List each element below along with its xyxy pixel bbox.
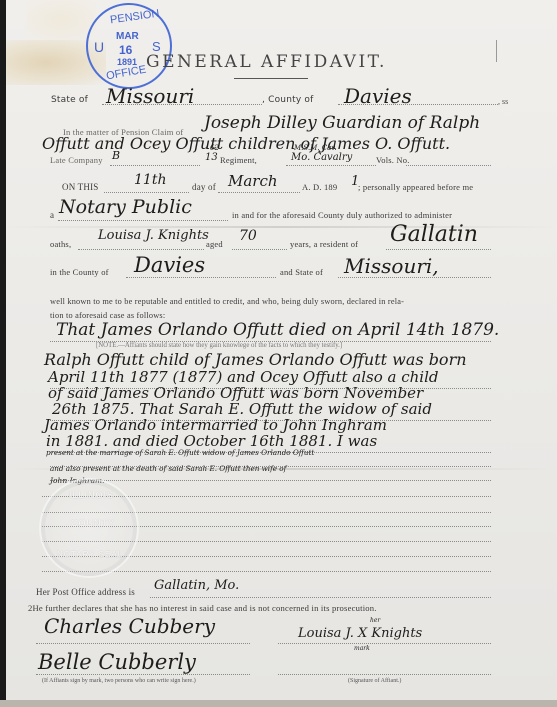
- regiment-value: Mo. Cavalry: [291, 152, 352, 163]
- aged-label: aged: [206, 239, 223, 249]
- seal-text-top: ILLINOIS: [69, 490, 114, 500]
- post-office-label: Her Post Office address is: [36, 587, 135, 597]
- resident-state-value: Missouri,: [344, 254, 439, 278]
- day-value: 11th: [134, 172, 166, 188]
- on-this-label: ON THIS: [62, 182, 99, 192]
- witness-signature-1: Charles Cubbery: [44, 614, 215, 638]
- statement-line: present at the marriage of Sarah E. Offu…: [46, 448, 314, 457]
- authority-text: in and for the aforesaid County duly aut…: [232, 210, 452, 220]
- oaths-label: oaths,: [50, 239, 71, 249]
- residence-value: Gallatin: [390, 222, 478, 247]
- statement-line: That James Orlando Offutt died on April …: [56, 320, 499, 340]
- seal-text-bottom: NOTARY SEAL: [57, 550, 123, 559]
- day-of-label: day of: [192, 182, 216, 192]
- stamp-year: 1891: [117, 57, 137, 67]
- seal-text-mid: COUNTY: [71, 518, 115, 528]
- disinterest-statement: 2He further declares that she has no int…: [28, 603, 377, 613]
- resident-state-label: and State of: [280, 267, 323, 277]
- vols-label: Vols. No.: [376, 155, 410, 165]
- document-title: GENERAL AFFIDAVIT.: [146, 52, 387, 72]
- paper-wear: [26, 0, 96, 40]
- claimant-line-1: Joseph Dilley Guardian of Ralph: [204, 113, 480, 133]
- month-value: March: [228, 172, 278, 190]
- affidavit-page: PENSION U S OFFICE MAR 16 1891 GENERAL A…: [6, 0, 557, 700]
- age-value: 70: [239, 228, 257, 244]
- pension-office-stamp: PENSION U S OFFICE MAR 16 1891: [86, 3, 172, 89]
- embossed-notary-seal: ILLINOIS COUNTY NOTARY SEAL: [39, 478, 139, 578]
- appeared-label: ; personally appeared before me: [358, 182, 473, 192]
- claimant-line-2: Offutt and Ocey Offutt children of James…: [42, 134, 450, 153]
- company-label: Late Company: [50, 155, 103, 165]
- regiment-label: Regiment,: [220, 155, 257, 165]
- margin-tick: [496, 40, 497, 62]
- witness-caption: (If Affiants sign by mark, two persons w…: [42, 678, 196, 684]
- affiant-name: Louisa J. Knights: [98, 228, 209, 243]
- regiment-number: 13: [205, 152, 218, 163]
- regiment-note: M.S.M. Cav.: [294, 144, 337, 152]
- officer-prefix: a: [50, 210, 54, 220]
- affiant-signature: Louisa J. X Knights: [298, 626, 422, 641]
- company-value: B: [112, 149, 120, 162]
- title-rule: [234, 78, 308, 79]
- affiant-caption: (Signature of Affiant.): [348, 678, 401, 684]
- officer-title: Notary Public: [59, 196, 192, 218]
- resident-label: years, a resident of: [290, 239, 358, 249]
- declaration-note: [NOTE.—Affiants should state how they ga…: [96, 342, 342, 349]
- scan-edge: [0, 700, 557, 707]
- post-office-value: Gallatin, Mo.: [154, 578, 239, 593]
- statement-line: and also present at the death of said Sa…: [50, 464, 286, 473]
- state-label: State of: [51, 95, 88, 105]
- county-label: , County of: [262, 95, 314, 105]
- declaration-intro-1: well known to me to be reputable and ent…: [50, 297, 404, 306]
- ss-label: , ss: [498, 97, 508, 106]
- resident-county-label: in the County of: [50, 267, 109, 277]
- stamp-month: MAR: [116, 31, 139, 42]
- stamp-day: 16: [119, 43, 132, 57]
- affiant-mark-top: her: [370, 617, 380, 624]
- regiment-superscript: 62: [210, 144, 219, 152]
- stamp-left-letter: U: [94, 39, 104, 55]
- ad-label: A. D. 189: [302, 182, 337, 192]
- affiant-mark-bottom: mark: [354, 645, 370, 652]
- resident-county-value: Davies: [134, 253, 205, 277]
- statement-line: Ralph Offutt child of James Orlando Offu…: [44, 350, 467, 369]
- witness-signature-2: Belle Cubberly: [38, 650, 196, 674]
- declaration-intro-2: tion to aforesaid case as follows:: [50, 311, 165, 320]
